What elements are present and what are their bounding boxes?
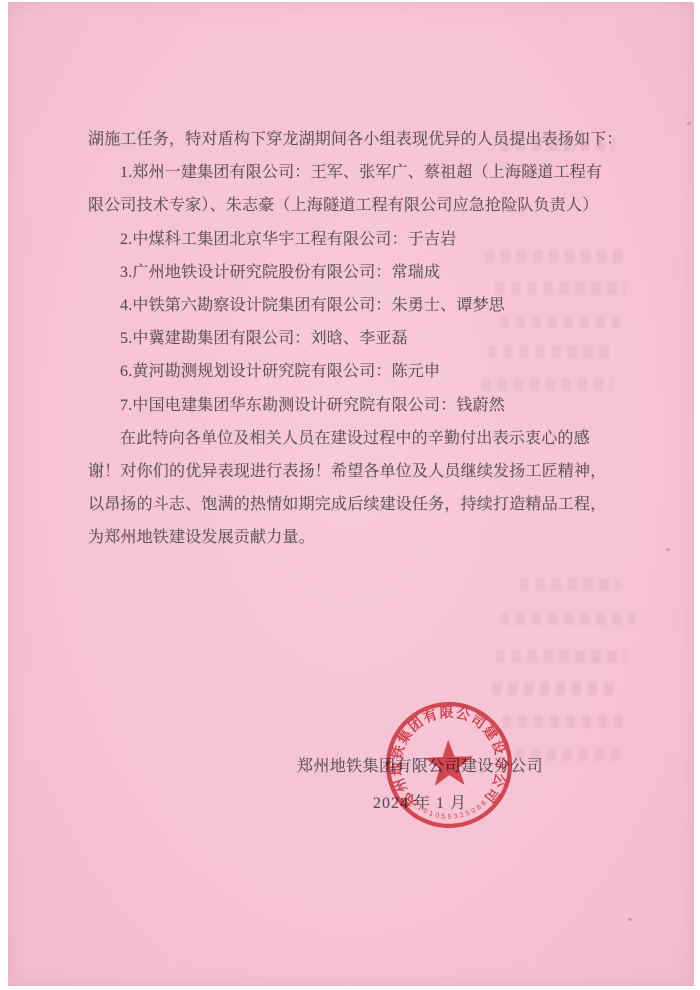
scan-speck (687, 122, 691, 125)
body-line: 为郑州地铁建设发展贡献力量。 (88, 521, 618, 554)
body-line: 谢！对你们的优异表现进行表扬！希望各单位及人员继续发扬工匠精神， (88, 455, 618, 488)
bleed-row (502, 715, 624, 728)
bleed-row (520, 578, 620, 591)
body-line: 以昂扬的斗志、饱满的热情如期完成后续建设任务，持续打造精品工程， (88, 488, 618, 521)
body-line: 6.黄河勘测规划设计研究院有限公司：陈元申 (88, 355, 618, 388)
body-line: 4.中铁第六勘察设计院集团有限公司：朱勇士、谭梦思 (88, 289, 618, 322)
body-line: 3.广州地铁设计研究院股份有限公司：常瑞成 (88, 256, 618, 289)
body-line: 在此特向各单位及相关人员在建设过程中的辛勤付出表示衷心的感 (88, 422, 618, 455)
scanned-letter-screenshot: { "colors": { "paper_pink": "#f6c4d5", "… (0, 0, 700, 990)
body-line: 5.中冀建勘集团有限公司：刘晗、李亚磊 (88, 322, 618, 355)
body-line: 7.中国电建集团华东勘测设计研究院有限公司：钱蔚然 (88, 389, 618, 422)
body-line: 湖施工任务，特对盾构下穿龙湖期间各小组表现优异的人员提出表扬如下： (88, 123, 618, 156)
letter-body: 湖施工任务，特对盾构下穿龙湖期间各小组表现优异的人员提出表扬如下： 1.郑州一建… (88, 123, 618, 555)
body-line: 限公司技术专家）、朱志豪（上海隧道工程有限公司应急抢险队负责人） (88, 189, 618, 222)
body-line: 1.郑州一建集团有限公司：王军、张军广、蔡祖超（上海隧道工程有 (88, 156, 618, 189)
bleed-row (496, 650, 626, 663)
official-seal: 郑州地铁集团有限公司建设分公司 4101055325088 (382, 698, 516, 832)
body-line: 2.中煤科工集团北京华宇工程有限公司：于吉岩 (88, 223, 618, 256)
scan-speck (666, 548, 670, 551)
seal-star-icon (424, 739, 474, 787)
bleed-row (492, 682, 617, 695)
bleed-row (500, 612, 635, 625)
scan-speck (628, 918, 632, 921)
